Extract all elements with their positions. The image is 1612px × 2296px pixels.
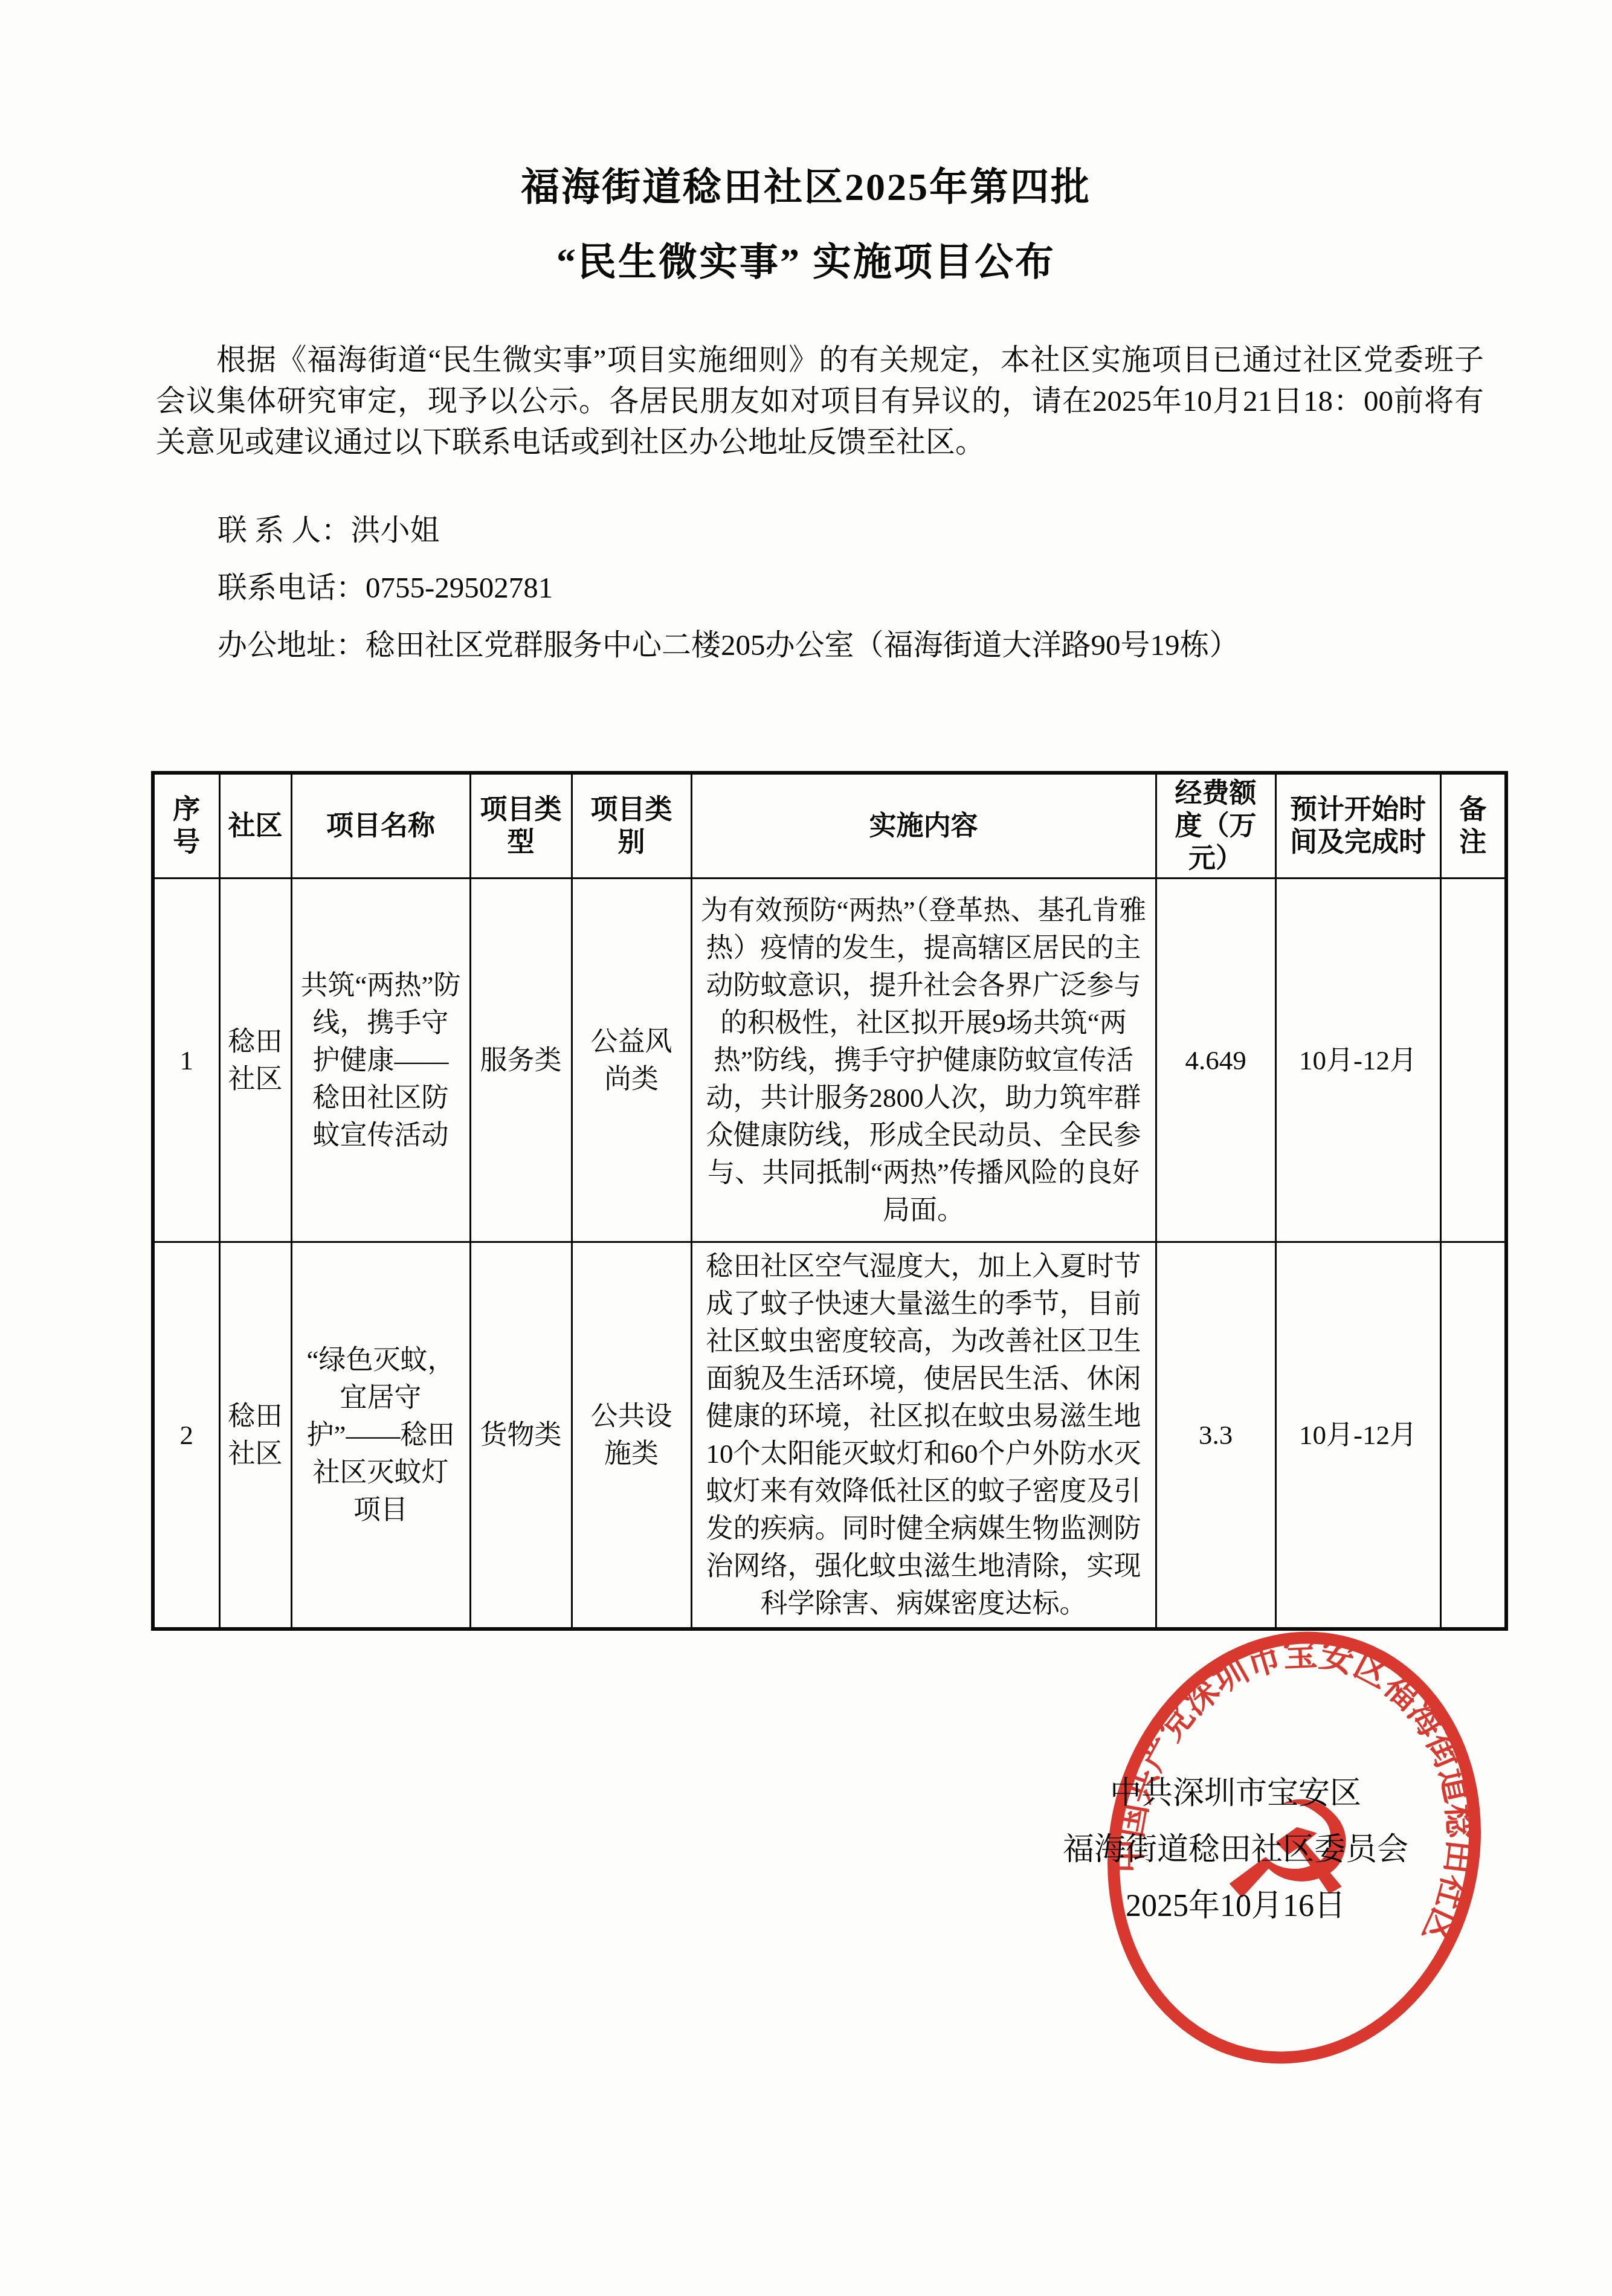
- contact-phone-line: 联系电话：0755-29502781: [218, 572, 1239, 604]
- table-row: 2 稔田社区 “绿色灭蚊，宜居守护”——稔田社区灭蚊灯项目 货物类 公共设施类 …: [153, 1242, 1506, 1630]
- projects-table: 序号 社区 项目名称 项目类型 项目类别 实施内容 经费额度（万元） 预计开始时…: [151, 771, 1508, 1631]
- contact-block: 联 系 人：洪小姐 联系电话：0755-29502781 办公地址：稔田社区党群…: [218, 515, 1239, 687]
- col-header-category: 项目类别: [572, 773, 691, 879]
- document-title-line1: 福海街道稔田社区2025年第四批: [0, 150, 1612, 225]
- announcement-document-page: 福海街道稔田社区2025年第四批 “民生微实事” 实施项目公布 根据《福海街道“…: [0, 0, 1612, 2296]
- cell-implementation-content: 为有效预防“两热”（登革热、基孔肯雅热）疫情的发生，提高辖区居民的主动防蚊意识，…: [691, 879, 1156, 1242]
- cell-implementation-content: 稔田社区空气湿度大，加上入夏时节成了蚊子快速大量滋生的季节，目前社区蚊虫密度较高…: [691, 1242, 1156, 1630]
- col-header-budget: 经费额度（万元）: [1156, 773, 1275, 879]
- cell-budget: 3.3: [1156, 1242, 1275, 1630]
- issue-date: 2025年10月16日: [967, 1878, 1504, 1934]
- cell-schedule: 10月-12月: [1275, 1242, 1440, 1630]
- table-row: 1 稔田社区 共筑“两热”防线，携手守护健康——稔田社区防蚊宣传活动 服务类 公…: [153, 879, 1506, 1242]
- cell-note: [1440, 879, 1506, 1242]
- issuer-org-line1: 中共深圳市宝安区: [967, 1766, 1504, 1822]
- cell-no: 2: [153, 1242, 219, 1630]
- document-title-line2: “民生微实事” 实施项目公布: [0, 225, 1612, 300]
- table-header-row: 序号 社区 项目名称 项目类型 项目类别 实施内容 经费额度（万元） 预计开始时…: [153, 773, 1506, 879]
- col-header-type: 项目类型: [470, 773, 572, 879]
- contact-address-line: 办公地址：稔田社区党群服务中心二楼205办公室（福海街道大洋路90号19栋）: [218, 630, 1239, 661]
- col-header-community: 社区: [219, 773, 291, 879]
- document-title: 福海街道稔田社区2025年第四批 “民生微实事” 实施项目公布: [0, 150, 1612, 300]
- cell-no: 1: [153, 879, 219, 1242]
- col-header-content: 实施内容: [691, 773, 1156, 879]
- issuer-org-line2: 福海街道稔田社区委员会: [967, 1822, 1504, 1878]
- col-header-no: 序号: [153, 773, 219, 879]
- col-header-name: 项目名称: [291, 773, 470, 879]
- intro-paragraph: 根据《福海街道“民生微实事”项目实施细则》的有关规定，本社区实施项目已通过社区党…: [156, 340, 1484, 463]
- cell-note: [1440, 1242, 1506, 1630]
- cell-project-name: “绿色灭蚊，宜居守护”——稔田社区灭蚊灯项目: [291, 1242, 470, 1630]
- projects-table-wrapper: 序号 社区 项目名称 项目类型 项目类别 实施内容 经费额度（万元） 预计开始时…: [151, 771, 1508, 1631]
- cell-project-category: 公共设施类: [572, 1242, 691, 1630]
- col-header-note: 备注: [1440, 773, 1506, 879]
- cell-community: 稔田社区: [219, 1242, 291, 1630]
- cell-project-type: 货物类: [470, 1242, 572, 1630]
- cell-schedule: 10月-12月: [1275, 879, 1440, 1242]
- cell-budget: 4.649: [1156, 879, 1275, 1242]
- signature-block: 中共深圳市宝安区 福海街道稔田社区委员会 2025年10月16日: [967, 1766, 1504, 1934]
- contact-person-line: 联 系 人：洪小姐: [218, 515, 1239, 546]
- col-header-schedule: 预计开始时间及完成时: [1275, 773, 1440, 879]
- cell-community: 稔田社区: [219, 879, 291, 1242]
- cell-project-name: 共筑“两热”防线，携手守护健康——稔田社区防蚊宣传活动: [291, 879, 470, 1242]
- cell-project-category: 公益风尚类: [572, 879, 691, 1242]
- cell-project-type: 服务类: [470, 879, 572, 1242]
